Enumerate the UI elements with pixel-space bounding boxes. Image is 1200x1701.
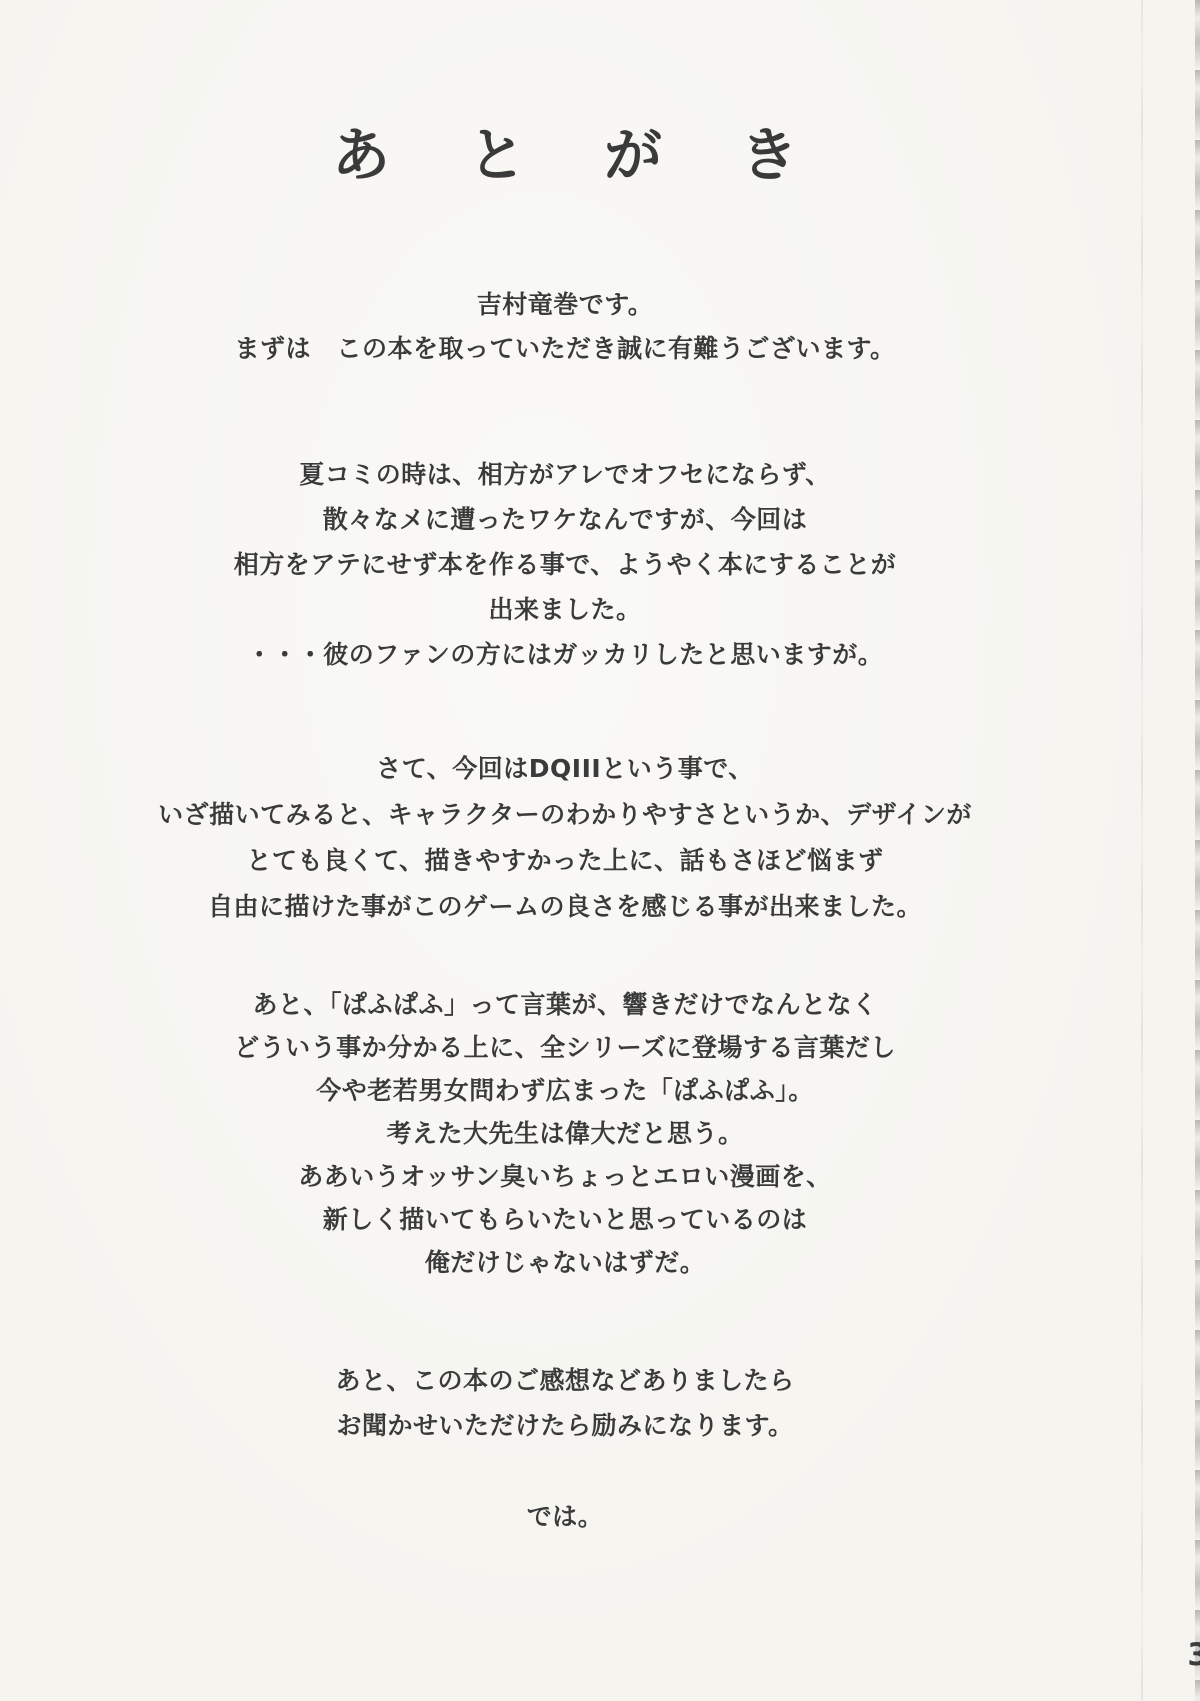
- paragraph-feedback-request: あと、この本のご感想などありましたら お聞かせいただけたら励みになります。: [0, 1358, 1130, 1448]
- paragraph-closing: では。: [0, 1495, 1130, 1539]
- paragraph-dqiii: さて、今回はDQIIIという事で、 いざ描いてみると、キャラクターのわかりやすさ…: [0, 746, 1130, 930]
- text-line: 新しく描いてもらいたいと思っているのは: [0, 1198, 1130, 1241]
- text-line: どういう事か分かる上に、全シリーズに登場する言葉だし: [0, 1026, 1130, 1069]
- page-number: 3: [1187, 1637, 1200, 1673]
- scanned-page: あとがき 吉村竜巻です。 まずは この本を取っていただき誠に有難うございます。 …: [0, 0, 1200, 1701]
- paragraph-summer-comiket: 夏コミの時は、相方がアレでオフセにならず、 散々なメに遭ったワケなんですが、今回…: [0, 452, 1130, 677]
- text-line: 出来ました。: [0, 587, 1130, 632]
- text-line: 考えた大先生は偉大だと思う。: [0, 1112, 1130, 1155]
- text-line: お聞かせいただけたら励みになります。: [0, 1403, 1130, 1448]
- text-line: 自由に描けた事がこのゲームの良さを感じる事が出来ました。: [0, 884, 1130, 930]
- text-line: さて、今回はDQIIIという事で、: [0, 746, 1130, 792]
- text-line: では。: [0, 1495, 1130, 1539]
- text-line: 夏コミの時は、相方がアレでオフセにならず、: [0, 452, 1130, 497]
- scan-edge-artifact: [1195, 0, 1200, 1701]
- page-title: あとがき: [0, 108, 1130, 192]
- text-line: 吉村竜巻です。: [0, 283, 1130, 327]
- text-line: あと、「ぱふぱふ」って言葉が、響きだけでなんとなく: [0, 983, 1130, 1026]
- text-line: ああいうオッサン臭いちょっとエロい漫画を、: [0, 1155, 1130, 1198]
- paragraph-greeting: 吉村竜巻です。 まずは この本を取っていただき誠に有難うございます。: [0, 283, 1130, 371]
- paragraph-puff-puff: あと、「ぱふぱふ」って言葉が、響きだけでなんとなく どういう事か分かる上に、全シ…: [0, 983, 1130, 1284]
- scan-crease-line: [1141, 0, 1143, 1701]
- text-line: いざ描いてみると、キャラクターのわかりやすさというか、デザインが: [0, 792, 1130, 838]
- text-line: 今や老若男女問わず広まった「ぱふぱふ」。: [0, 1069, 1130, 1112]
- text-line: ・・・彼のファンの方にはガッカリしたと思いますが。: [0, 632, 1130, 677]
- text-line: まずは この本を取っていただき誠に有難うございます。: [0, 327, 1130, 371]
- text-line: 相方をアテにせず本を作る事で、ようやく本にすることが: [0, 542, 1130, 587]
- text-line: とても良くて、描きやすかった上に、話もさほど悩まず: [0, 838, 1130, 884]
- text-line: 俺だけじゃないはずだ。: [0, 1241, 1130, 1284]
- text-line: 散々なメに遭ったワケなんですが、今回は: [0, 497, 1130, 542]
- afterword-content: あとがき 吉村竜巻です。 まずは この本を取っていただき誠に有難うございます。 …: [0, 0, 1130, 1701]
- text-line: あと、この本のご感想などありましたら: [0, 1358, 1130, 1403]
